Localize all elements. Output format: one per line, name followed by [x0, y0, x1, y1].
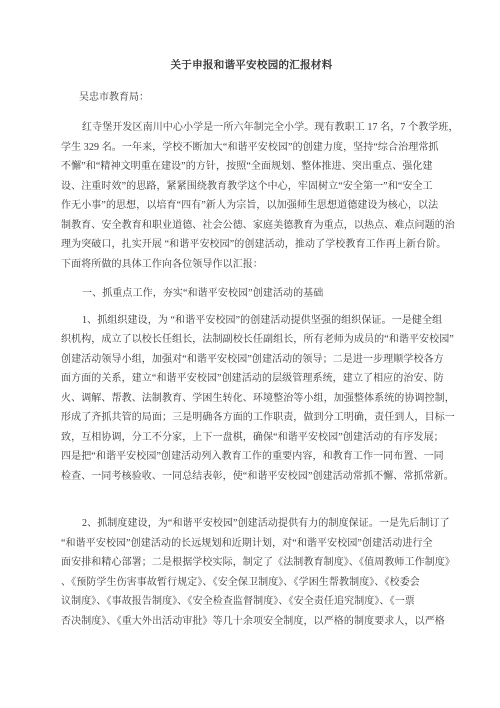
text-line: 议制度》、《事故报告制度》、《安全检查监督制度》、《安全责任追究制度》、《一票 [61, 592, 442, 612]
text-line: 1、抓组织建设，为 “和谐平安校园”的创建活动提供坚强的组织保证。一是健全组 [61, 311, 442, 331]
text-line: 、《预防学生伤害事故暂行规定》、《安全保卫制度》、《学困生帮教制度》、《校委会 [61, 573, 442, 593]
text-line: 理为突破口，扎实开展 “和谐平安校园”的创建活动，推动了学校教育工作再上新台阶。 [61, 235, 442, 255]
text-line: 下面将所做的具体工作向各位领导作以汇报： [61, 255, 442, 275]
document-content: 关于申报和谐平安校园的汇报材料 吴忠市教育局： 红寺堡开发区南川中心小学是一所六… [0, 0, 500, 631]
text-line: 否决制度》、《重大外出活动审批》等几十余项安全制度，以严格的制度要求人，以严格 [61, 612, 442, 632]
text-line: 检查、一同考核验收、一同总结表彰，使“和谐平安校园”创建活动常抓不懈、常抓常新。 [61, 467, 442, 487]
text-line: 创建活动领导小组，加强对“和谐平安校园”创建活动的领导；二是进一步理顺学校各方 [61, 350, 442, 370]
text-line: “和谐平安校园”创建活动的长远规划和近期计划，对“和谐平安校园”创建活动进行全 [61, 534, 442, 554]
paragraph-item-1: 1、抓组织建设，为 “和谐平安校园”的创建活动提供坚强的组织保证。一是健全组织机… [61, 311, 442, 487]
text-line: 作无小事”的思想，以培育“四有”新人为宗旨，以加强师生思想道德建设为核心，以法 [61, 196, 442, 216]
text-line: 面安排和精心部署；二是根据学校实际，制定了《法制教育制度》、《值周教师工作制度》 [61, 553, 442, 573]
section-heading-text: 一、抓重点工作，夯实“和谐平安校园”创建活动的基础 [61, 284, 442, 304]
text-line: 面方面的关系，建立“和谐平安校园”创建活动的层级管理系统，建立了相应的治安、防 [61, 369, 442, 389]
text-line: 火、调解、帮教、法制教育、学困生转化、环境整治等小组，加强整体系统的协调控制， [61, 389, 442, 409]
text-line: 不懈”和“精神文明重在建设”的方针，按照“全面规划、整体推进、突出重点、强化建 [61, 157, 442, 177]
text-line: 红寺堡开发区南川中心小学是一所六年制完全小学。现有教职工 17 名，7 个教学班… [61, 118, 442, 138]
salutation: 吴忠市教育局： [61, 88, 442, 108]
document-title: 关于申报和谐平安校园的汇报材料 [61, 56, 442, 76]
paragraph-intro: 红寺堡开发区南川中心小学是一所六年制完全小学。现有教职工 17 名，7 个教学班… [61, 118, 442, 274]
text-line: 织机构，成立了以校长任组长，法制副校长任副组长，所有老师为成员的“和谐平安校园” [61, 330, 442, 350]
section-heading: 一、抓重点工作，夯实“和谐平安校园”创建活动的基础 [61, 284, 442, 304]
text-line: 致，互相协调，分工不分家，上下一盘棋，确保“和谐平安校园”创建活动的有序发展； [61, 428, 442, 448]
text-line: 学生 329 名。一年来，学校不断加大“和谐平安校园”的创建力度，坚持“综合治理… [61, 138, 442, 158]
text-line: 制教育、安全教育和职业道德、社会公德、家庭美德教育为重点，以热点、难点问题的治 [61, 216, 442, 236]
text-line: 设、注重时效”的思路，紧紧围绕教育教学这个中心，牢固树立“安全第一”和“安全工 [61, 177, 442, 197]
text-line: 2、抓制度建设，为“和谐平安校园”创建活动提供有力的制度保证。一是先后制订了 [61, 514, 442, 534]
text-line: 四是把“和谐平安校园”创建活动列入教育工作的重要内容，和教育工作一同布置、一同 [61, 447, 442, 467]
document-page: 关于申报和谐平安校园的汇报材料 吴忠市教育局： 红寺堡开发区南川中心小学是一所六… [0, 0, 500, 708]
paragraph-item-2: 2、抓制度建设，为“和谐平安校园”创建活动提供有力的制度保证。一是先后制订了“和… [61, 514, 442, 631]
text-line: 形成了齐抓共管的局面；三是明确各方面的工作职责，做到分工明确，责任到人，目标一 [61, 408, 442, 428]
